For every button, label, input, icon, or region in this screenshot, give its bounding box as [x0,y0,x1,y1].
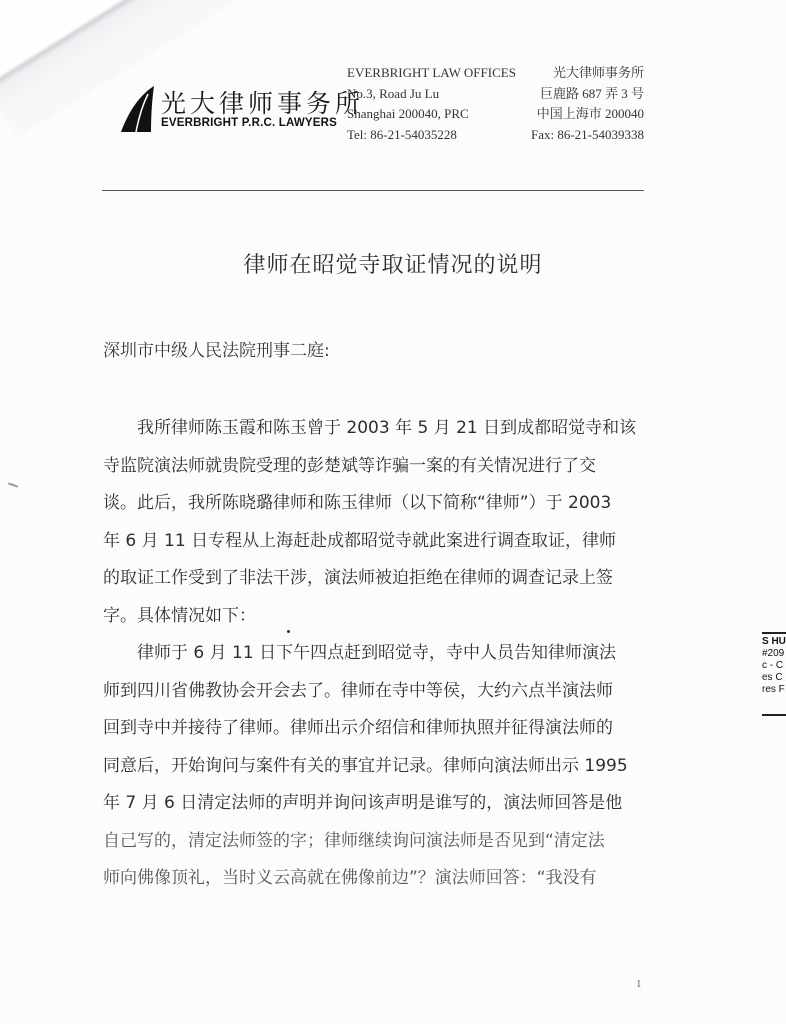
firm-logo: 光大律师事务所 EVERBRIGHT P.R.C. LAWYERS [121,84,341,134]
telephone: Tel: 86-21-54035228 [347,125,516,146]
firm-name-en: EVERBRIGHT LAW OFFICES [347,63,516,84]
body-line: 同意后，开始询问与案件有关的事宜并记录。律师向演法师出示 1995 [103,748,643,786]
body-line: 年 6 月 11 日专程从上海赶赴成都昭觉寺就此案进行调查取证，律师 [103,523,643,561]
margin-stamp: S HU #209 c - C es C res F [762,632,786,716]
body-line: 寺监院演法师就贵院受理的彭楚斌等诈骗一案的有关情况进行了交 [103,448,643,486]
stamp-line: #209 [762,648,786,660]
body-line: 回到寺中并接待了律师。律师出示介绍信和律师执照并征得演法师的 [103,710,643,748]
stamp-line: es C [762,672,786,684]
body-line: 的取证工作受到了非法干涉，演法师被迫拒绝在律师的调查记录上签 [103,560,643,598]
body-line: 自己写的，清定法师签的字；律师继续询问演法师是否见到“清定法 [103,823,643,861]
firm-name-cn: 光大律师事务所 [522,63,644,84]
document-title: 律师在昭觉寺取证情况的说明 [0,248,786,279]
body-line: 师向佛像顶礼，当时义云高就在佛像前边”？演法师回答：“我没有 [103,860,643,898]
page-number: 1 [636,978,642,990]
body-line: 字。具体情况如下： [103,598,643,636]
stamp-line: S HU [762,636,786,648]
scan-artifact-dot [287,630,290,633]
street-en: No.3, Road Ju Lu [347,84,516,105]
scan-artifact-mark [8,482,18,487]
logo-name-chinese: 光大律师事务所 [161,84,364,120]
street-cn: 巨鹿路 687 弄 3 号 [522,84,644,105]
fax: Fax: 86-21-54039338 [522,125,644,146]
document-body: 我所律师陈玉霞和陈玉曾于 2003 年 5 月 21 日到成都昭觉寺和该 寺监院… [103,410,643,898]
city-cn: 中国上海市 200040 [522,104,644,125]
document-page: 光大律师事务所 EVERBRIGHT P.R.C. LAWYERS EVERBR… [0,0,786,1024]
logo-name-english: EVERBRIGHT P.R.C. LAWYERS [161,117,337,129]
stamp-line: res F [762,684,786,696]
header-divider [102,190,644,191]
body-line: 我所律师陈玉霞和陈玉曾于 2003 年 5 月 21 日到成都昭觉寺和该 [103,410,643,448]
body-line: 师到四川省佛教协会开会去了。律师在寺中等侯，大约六点半演法师 [103,673,643,711]
city-en: Shanghai 200040, PRC [347,104,516,125]
body-line: 年 7 月 6 日清定法师的声明并询问该声明是谁写的，演法师回答是他 [103,785,643,823]
address-english: EVERBRIGHT LAW OFFICES No.3, Road Ju Lu … [347,63,516,145]
stamp-line: c - C [762,660,786,672]
address-chinese: 光大律师事务所 巨鹿路 687 弄 3 号 中国上海市 200040 Fax: … [522,63,644,145]
sail-logo-icon [121,86,155,132]
body-line: 谈。此后，我所陈晓璐律师和陈玉律师（以下简称“律师”）于 2003 [103,485,643,523]
salutation: 深圳市中级人民法院刑事二庭: [103,336,330,361]
body-line: 律师于 6 月 11 日下午四点赶到昭觉寺，寺中人员告知律师演法 [103,635,643,673]
